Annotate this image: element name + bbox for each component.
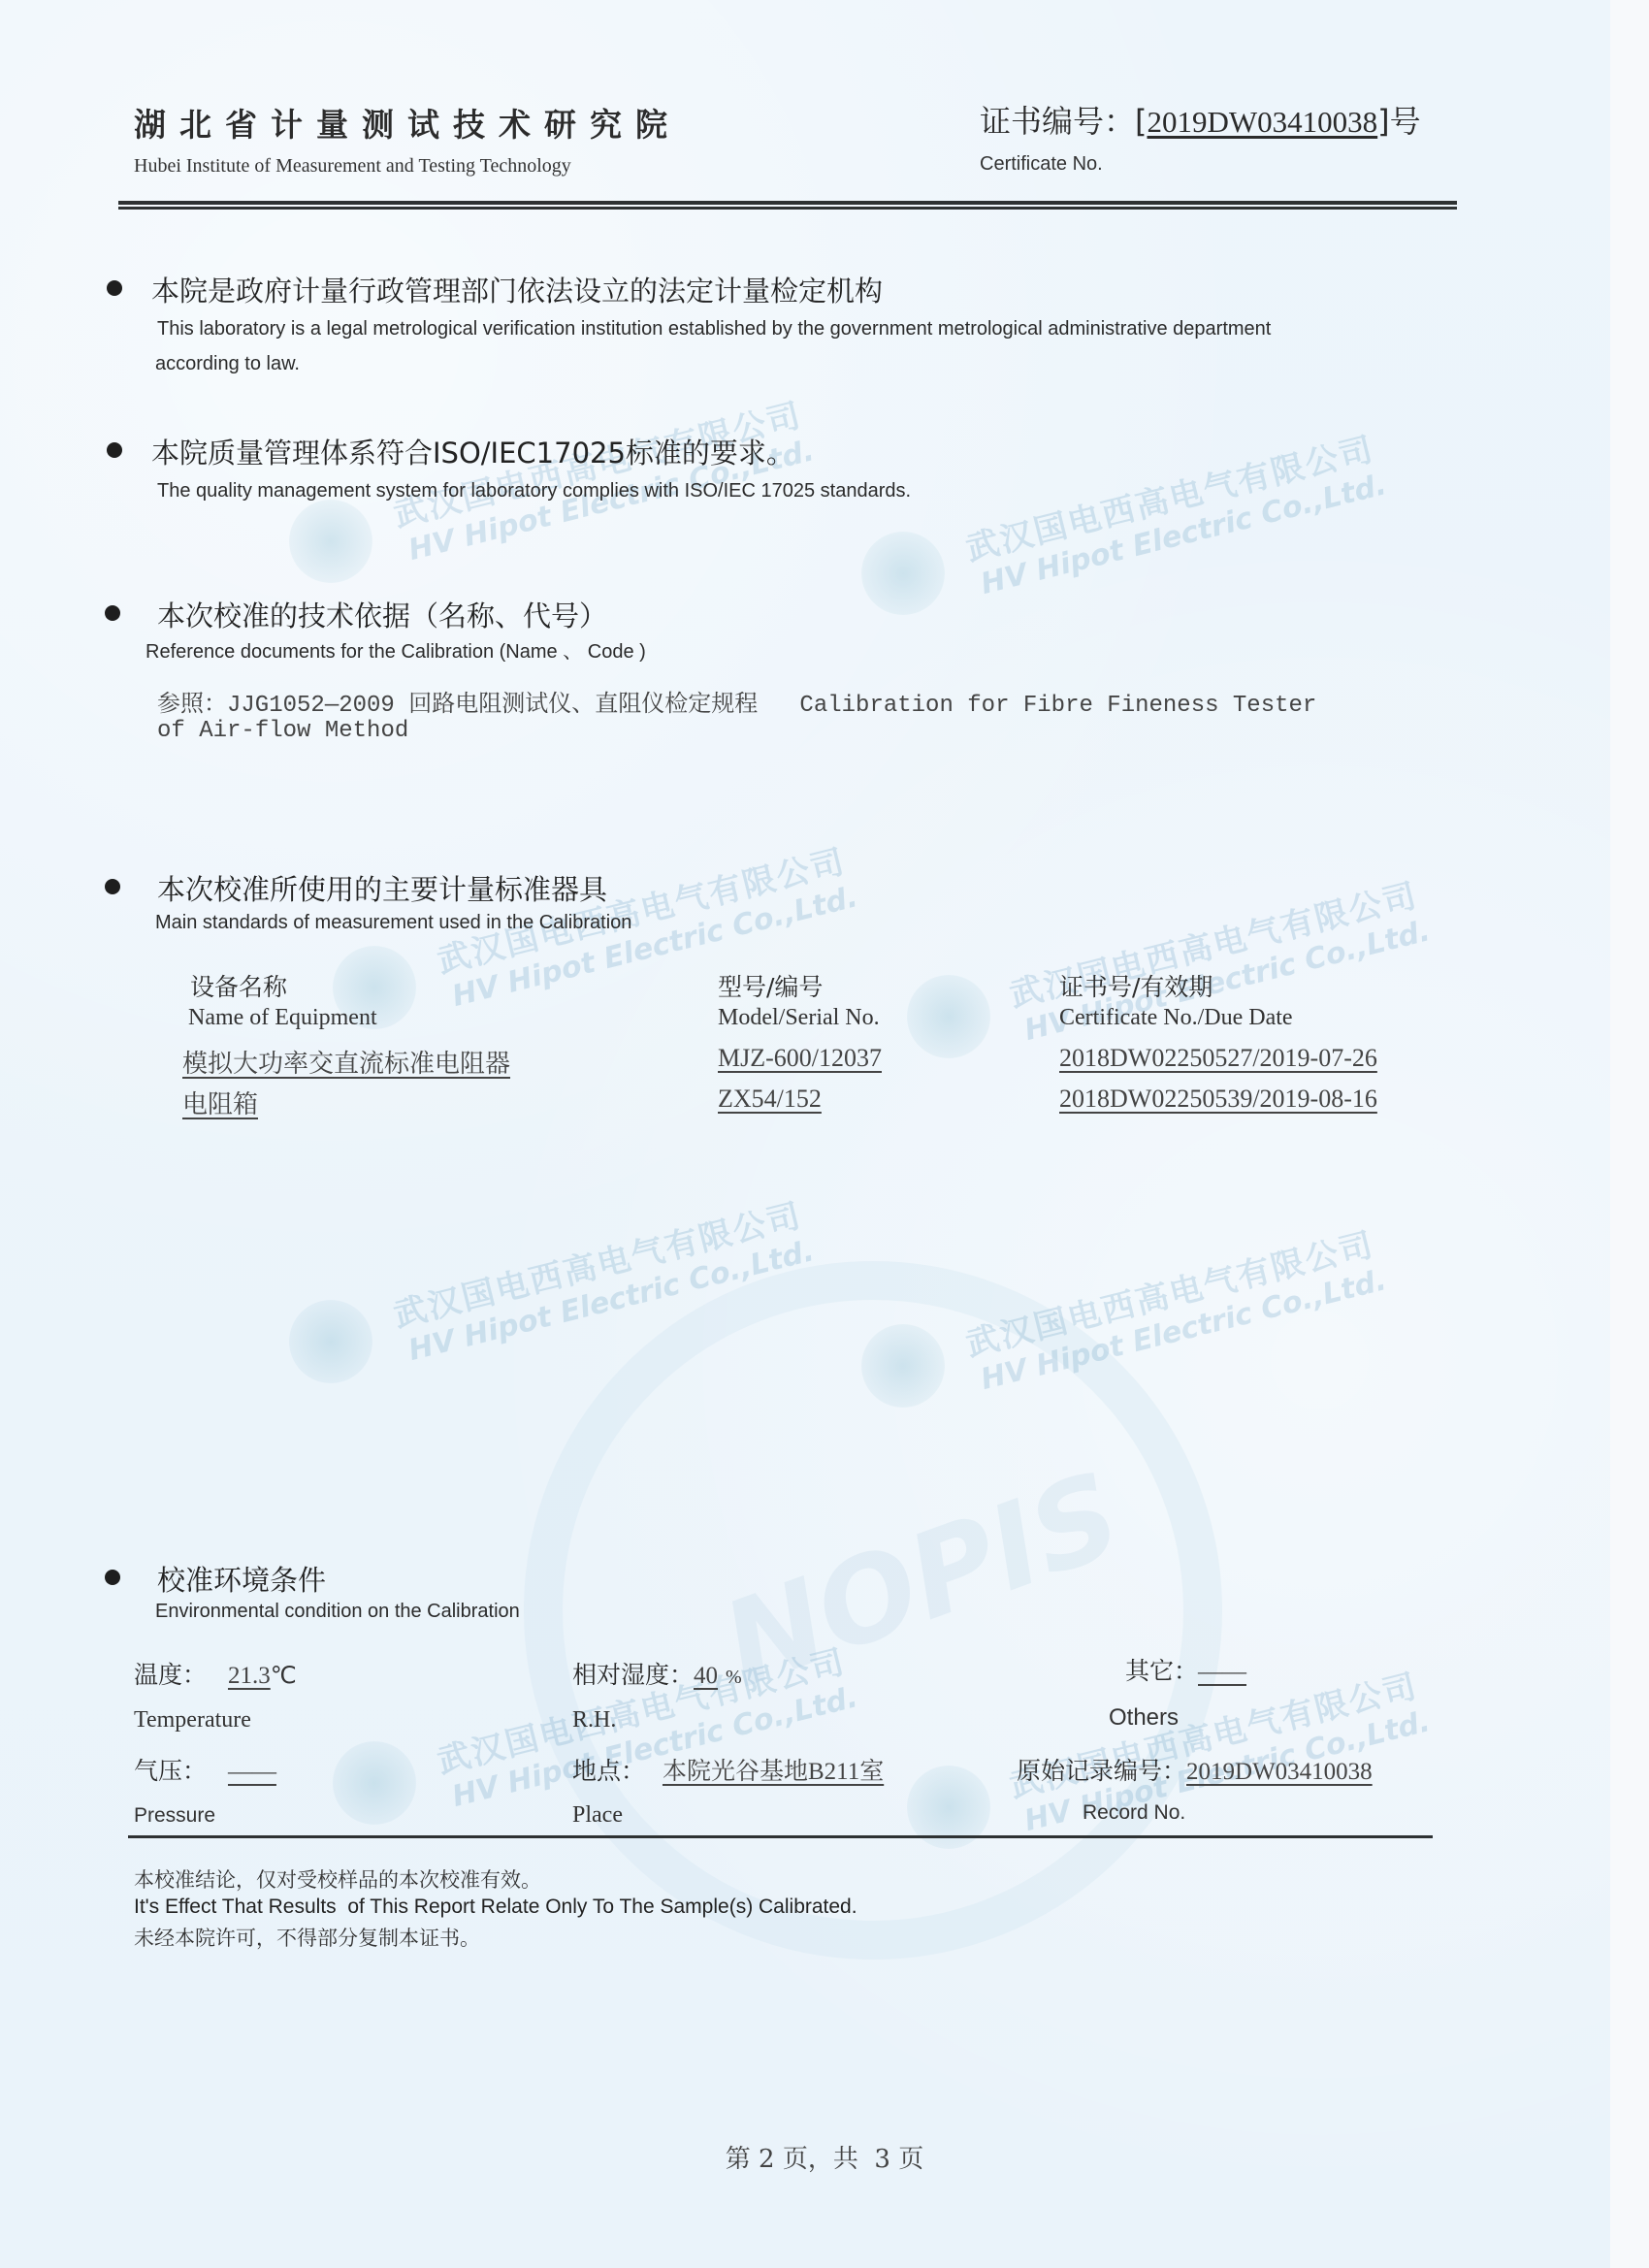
- validity-note-en: It's Effect That Results of This Report …: [134, 1895, 857, 1919]
- others-field: 其它：——: [1125, 1652, 1246, 1687]
- temperature-label-en: Temperature: [134, 1707, 251, 1733]
- bullet-icon: [105, 879, 120, 894]
- reference-document-cont: of Air-flow Method: [157, 718, 408, 744]
- column-header-equipment-cn: 设备名称: [190, 968, 287, 1003]
- reference-subheading: Reference documents for the Calibration …: [145, 635, 646, 664]
- authority-heading: 本院是政府计量行政管理部门依法设立的法定计量检定机构: [151, 270, 883, 309]
- equipment-name: 模拟大功率交直流标准电阻器: [182, 1044, 510, 1080]
- column-header-cert-cn: 证书号/有效期: [1059, 968, 1212, 1003]
- column-header-model-cn: 型号/编号: [718, 968, 823, 1003]
- bullet-icon: [107, 442, 122, 458]
- environment-heading: 校准环境条件: [157, 1559, 326, 1599]
- place-field: 地点： 本院光谷基地B211室: [572, 1752, 884, 1787]
- quality-text: The quality management system for labora…: [157, 480, 911, 502]
- bullet-icon: [107, 280, 122, 296]
- certificate-due-date: 2018DW02250527/2019-07-26: [1059, 1044, 1377, 1073]
- footer-divider: [128, 1835, 1433, 1838]
- certificate-suffix: 号: [1390, 103, 1421, 140]
- reference-document: 参照：JJG1052—2009 回路电阻测试仪、直阻仪检定规程 Calibrat…: [157, 684, 1316, 719]
- pressure-label-en: Pressure: [134, 1804, 215, 1828]
- environment-subheading: Environmental condition on the Calibrati…: [155, 1601, 520, 1623]
- bullet-icon: [105, 1570, 120, 1585]
- authority-text-cont: according to law.: [155, 353, 300, 375]
- others-label-en: Others: [1109, 1704, 1179, 1732]
- bullet-icon: [105, 605, 120, 621]
- authority-text: This laboratory is a legal metrological …: [157, 318, 1271, 340]
- certificate-due-date: 2018DW02250539/2019-08-16: [1059, 1085, 1377, 1114]
- pressure-value: ——: [228, 1759, 276, 1785]
- pressure-field: 气压： ——: [134, 1752, 276, 1787]
- reference-heading: 本次校准的技术依据（名称、代号）: [157, 595, 607, 634]
- copy-restriction-note: 未经本院许可，不得部分复制本证书。: [134, 1923, 480, 1952]
- quality-heading: 本院质量管理体系符合ISO/IEC17025标准的要求。: [151, 432, 794, 471]
- validity-note: 本校准结论，仅对受校样品的本次校准有效。: [134, 1864, 541, 1894]
- humidity-field: 相对湿度：40 %: [572, 1656, 742, 1691]
- equipment-name: 电阻箱: [182, 1085, 258, 1120]
- column-header-model-en: Model/Serial No.: [718, 1005, 880, 1031]
- model-serial: MJZ-600/12037: [718, 1044, 882, 1073]
- humidity-value: 40: [694, 1663, 718, 1689]
- temperature-label: 温度：: [134, 1661, 207, 1689]
- institute-name-en: Hubei Institute of Measurement and Testi…: [134, 155, 571, 178]
- humidity-unit: %: [726, 1667, 742, 1688]
- standards-heading: 本次校准所使用的主要计量标准器具: [157, 868, 607, 908]
- humidity-label-en: R.H.: [572, 1707, 616, 1733]
- standards-subheading: Main standards of measurement used in th…: [155, 912, 631, 934]
- temperature-field: 温度： 21.3℃: [134, 1656, 297, 1691]
- record-field: 原始记录编号：2019DW03410038: [1017, 1752, 1373, 1787]
- pressure-label: 气压：: [134, 1757, 207, 1785]
- scan-edge: [1610, 0, 1649, 2268]
- record-label-en: Record No.: [1083, 1801, 1185, 1825]
- others-value: ——: [1198, 1659, 1246, 1685]
- record-value: 2019DW03410038: [1186, 1759, 1373, 1785]
- model-serial: ZX54/152: [718, 1085, 822, 1114]
- certificate-number-value: 2019DW03410038: [1148, 105, 1378, 139]
- temperature-unit: ℃: [271, 1664, 297, 1689]
- place-label-en: Place: [572, 1802, 623, 1829]
- certificate-label-en: Certificate No.: [980, 153, 1103, 176]
- others-label: 其它：: [1125, 1657, 1198, 1685]
- record-label: 原始记录编号：: [1017, 1757, 1186, 1785]
- institute-name-cn: 湖北省计量测试技术研究院: [134, 100, 681, 146]
- certificate-label-cn: 证书编号：: [980, 103, 1135, 140]
- temperature-value: 21.3: [228, 1663, 271, 1689]
- page-indicator: 第 2 页，共 3 页: [0, 2139, 1649, 2175]
- column-header-equipment-en: Name of Equipment: [188, 1005, 377, 1031]
- place-label: 地点：: [572, 1757, 645, 1785]
- column-header-cert-en: Certificate No./Due Date: [1059, 1005, 1293, 1031]
- place-value: 本院光谷基地B211室: [663, 1759, 884, 1785]
- humidity-label: 相对湿度：: [572, 1661, 694, 1689]
- certificate-number: 证书编号：[2019DW03410038]号: [980, 97, 1421, 142]
- header-divider: [118, 201, 1457, 210]
